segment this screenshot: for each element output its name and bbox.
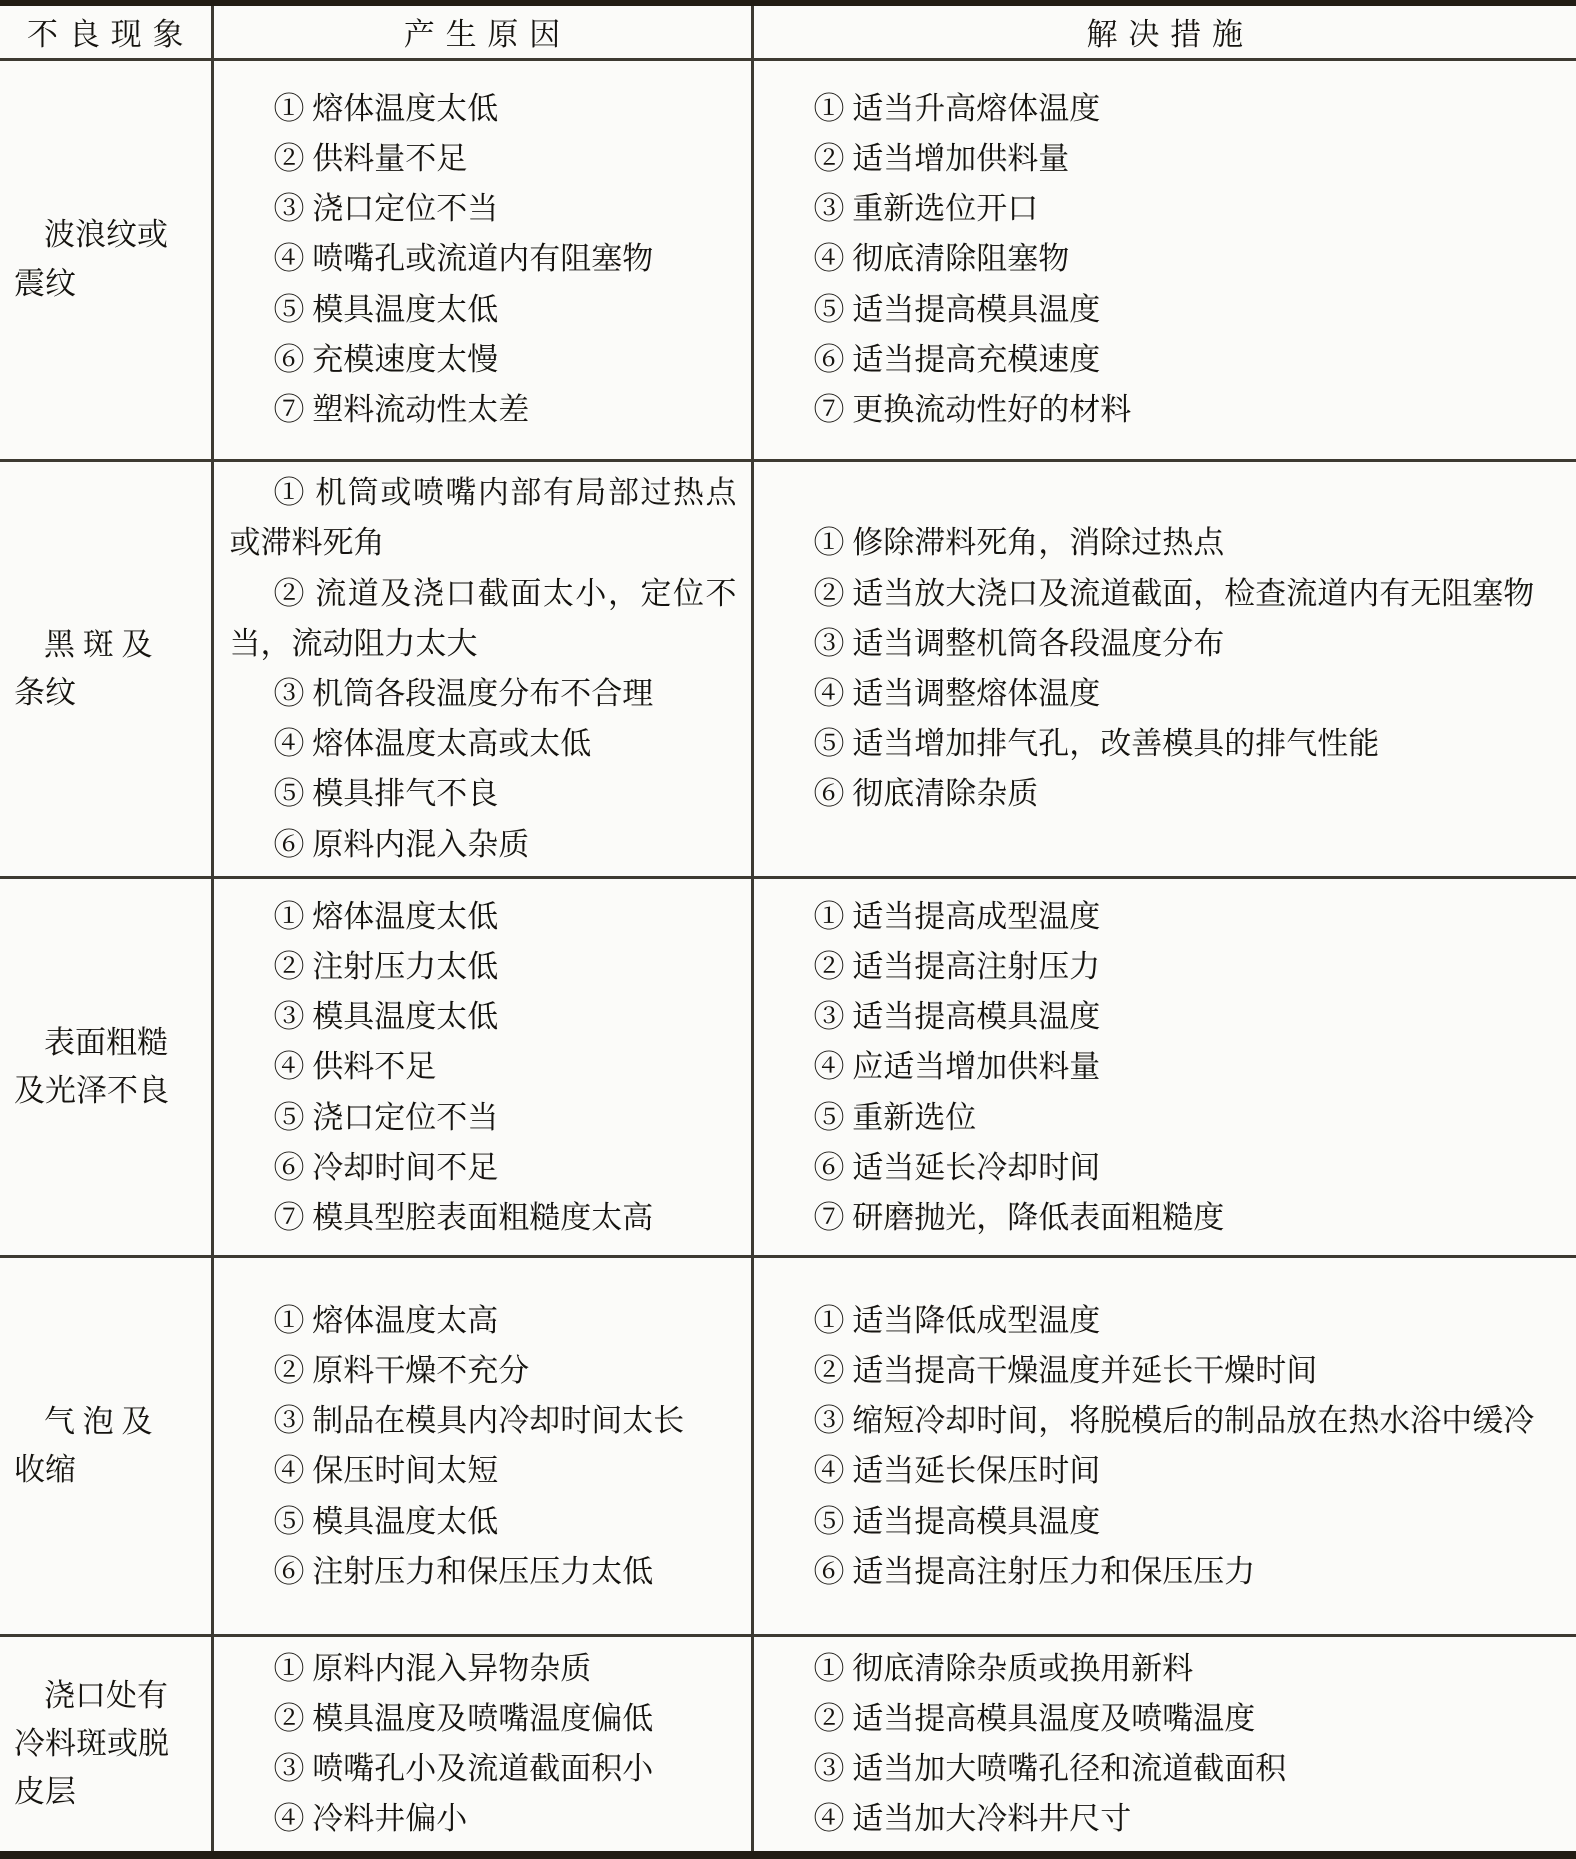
solution-item: ② 适当提高干燥温度并延长干燥时间 (770, 1346, 1563, 1396)
solution-item: ③ 缩短冷却时间，将脱模后的制品放在热水浴中缓冷 (770, 1396, 1563, 1446)
solution-item: ⑦ 研磨抛光，降低表面粗糙度 (770, 1193, 1563, 1243)
cause-item: ⑦ 塑料流动性太差 (230, 385, 737, 435)
cause-item: ③ 模具温度太低 (230, 992, 737, 1042)
solution-item: ⑤ 重新选位 (770, 1093, 1563, 1143)
solution-item: ① 修除滞料死角，消除过热点 (770, 518, 1563, 568)
causes-cell: ① 熔体温度太低② 注射压力太低③ 模具温度太低④ 供料不足⑤ 浇口定位不当⑥ … (212, 878, 752, 1257)
table-header-row: 不良现象 产生原因 解决措施 (0, 3, 1576, 59)
phenomenon-cell: 表面粗糙 及光泽不良 (0, 878, 212, 1257)
solutions-cell: ① 彻底清除杂质或换用新料② 适当提高模具温度及喷嘴温度③ 适当加大喷嘴孔径和流… (752, 1636, 1576, 1855)
cause-item: ② 注射压力太低 (230, 942, 737, 992)
table-body: 波浪纹或 震纹 ① 熔体温度太低② 供料量不足③ 浇口定位不当④ 喷嘴孔或流道内… (0, 59, 1576, 1855)
solution-item: ① 适当提高成型温度 (770, 892, 1563, 942)
cause-item: ⑥ 冷却时间不足 (230, 1143, 737, 1193)
phenomenon-label: 浇口处有 冷料斑或脱 皮层 (14, 1672, 201, 1816)
phenomenon-label: 波浪纹或 震纹 (14, 211, 201, 307)
solution-item: ④ 适当加大冷料井尺寸 (770, 1794, 1563, 1844)
cause-item: ⑥ 注射压力和保压压力太低 (230, 1547, 737, 1597)
cause-item: ② 流道及浇口截面太小，定位不当，流动阻力太大 (230, 569, 737, 669)
solution-item: ④ 彻底清除阻塞物 (770, 234, 1563, 284)
cause-item: ② 原料干燥不充分 (230, 1346, 737, 1396)
table-row: 气 泡 及 收缩 ① 熔体温度太高② 原料干燥不充分③ 制品在模具内冷却时间太长… (0, 1257, 1576, 1636)
cause-item: ⑤ 浇口定位不当 (230, 1093, 737, 1143)
cause-item: ⑤ 模具排气不良 (230, 769, 737, 819)
phenomenon-label: 气 泡 及 收缩 (14, 1398, 201, 1494)
solution-item: ② 适当增加供料量 (770, 134, 1563, 184)
cause-item: ② 供料量不足 (230, 134, 737, 184)
defects-table: 不良现象 产生原因 解决措施 波浪纹或 震纹 ① 熔体温度太低② 供料量不足③ … (0, 0, 1576, 1859)
solution-item: ⑥ 适当延长冷却时间 (770, 1143, 1563, 1193)
solutions-cell: ① 适当提高成型温度② 适当提高注射压力③ 适当提高模具温度④ 应适当增加供料量… (752, 878, 1576, 1257)
solution-item: ④ 应适当增加供料量 (770, 1042, 1563, 1092)
cause-item: ① 熔体温度太低 (230, 84, 737, 134)
solution-item: ⑤ 适当提高模具温度 (770, 1497, 1563, 1547)
solution-item: ③ 重新选位开口 (770, 184, 1563, 234)
defect-troubleshooting-page: 不良现象 产生原因 解决措施 波浪纹或 震纹 ① 熔体温度太低② 供料量不足③ … (0, 0, 1576, 1859)
solution-item: ⑥ 适当提高注射压力和保压压力 (770, 1547, 1563, 1597)
cause-item: ④ 熔体温度太高或太低 (230, 719, 737, 769)
phenomenon-label: 表面粗糙 及光泽不良 (14, 1019, 201, 1115)
solution-item: ④ 适当调整熔体温度 (770, 669, 1563, 719)
phenomenon-cell: 波浪纹或 震纹 (0, 59, 212, 460)
phenomenon-cell: 气 泡 及 收缩 (0, 1257, 212, 1636)
causes-cell: ① 机筒或喷嘴内部有局部过热点或滞料死角② 流道及浇口截面太小，定位不当，流动阻… (212, 460, 752, 878)
solutions-cell: ① 适当降低成型温度② 适当提高干燥温度并延长干燥时间③ 缩短冷却时间，将脱模后… (752, 1257, 1576, 1636)
solution-item: ① 彻底清除杂质或换用新料 (770, 1644, 1563, 1694)
solution-item: ⑥ 适当提高充模速度 (770, 335, 1563, 385)
solution-item: ② 适当放大浇口及流道截面，检查流道内有无阻塞物 (770, 569, 1563, 619)
table-row: 浇口处有 冷料斑或脱 皮层 ① 原料内混入异物杂质② 模具温度及喷嘴温度偏低③ … (0, 1636, 1576, 1855)
cause-item: ④ 供料不足 (230, 1042, 737, 1092)
solution-item: ② 适当提高模具温度及喷嘴温度 (770, 1694, 1563, 1744)
cause-item: ③ 喷嘴孔小及流道截面积小 (230, 1744, 737, 1794)
phenomenon-cell: 浇口处有 冷料斑或脱 皮层 (0, 1636, 212, 1855)
causes-cell: ① 熔体温度太低② 供料量不足③ 浇口定位不当④ 喷嘴孔或流道内有阻塞物⑤ 模具… (212, 59, 752, 460)
solution-item: ⑤ 适当提高模具温度 (770, 285, 1563, 335)
solution-item: ⑤ 适当增加排气孔，改善模具的排气性能 (770, 719, 1563, 769)
col-header-solution: 解决措施 (752, 3, 1576, 59)
table-row: 表面粗糙 及光泽不良 ① 熔体温度太低② 注射压力太低③ 模具温度太低④ 供料不… (0, 878, 1576, 1257)
solution-item: ④ 适当延长保压时间 (770, 1446, 1563, 1496)
solutions-cell: ① 适当升高熔体温度② 适当增加供料量③ 重新选位开口④ 彻底清除阻塞物⑤ 适当… (752, 59, 1576, 460)
causes-cell: ① 熔体温度太高② 原料干燥不充分③ 制品在模具内冷却时间太长④ 保压时间太短⑤… (212, 1257, 752, 1636)
cause-item: ⑥ 原料内混入杂质 (230, 820, 737, 870)
cause-item: ② 模具温度及喷嘴温度偏低 (230, 1694, 737, 1744)
cause-item: ① 原料内混入异物杂质 (230, 1644, 737, 1694)
solution-item: ① 适当降低成型温度 (770, 1296, 1563, 1346)
cause-item: ① 机筒或喷嘴内部有局部过热点或滞料死角 (230, 468, 737, 568)
phenomenon-cell: 黑 斑 及 条纹 (0, 460, 212, 878)
cause-item: ⑥ 充模速度太慢 (230, 335, 737, 385)
cause-item: ⑤ 模具温度太低 (230, 285, 737, 335)
solution-item: ② 适当提高注射压力 (770, 942, 1563, 992)
cause-item: ① 熔体温度太低 (230, 892, 737, 942)
solution-item: ⑥ 彻底清除杂质 (770, 769, 1563, 819)
solution-item: ③ 适当调整机筒各段温度分布 (770, 619, 1563, 669)
solution-item: ③ 适当提高模具温度 (770, 992, 1563, 1042)
cause-item: ⑤ 模具温度太低 (230, 1497, 737, 1547)
causes-cell: ① 原料内混入异物杂质② 模具温度及喷嘴温度偏低③ 喷嘴孔小及流道截面积小④ 冷… (212, 1636, 752, 1855)
cause-item: ④ 保压时间太短 (230, 1446, 737, 1496)
col-header-cause: 产生原因 (212, 3, 752, 59)
cause-item: ③ 制品在模具内冷却时间太长 (230, 1396, 737, 1446)
table-row: 黑 斑 及 条纹 ① 机筒或喷嘴内部有局部过热点或滞料死角② 流道及浇口截面太小… (0, 460, 1576, 878)
col-header-phenomenon: 不良现象 (0, 3, 212, 59)
cause-item: ⑦ 模具型腔表面粗糙度太高 (230, 1193, 737, 1243)
cause-item: ③ 浇口定位不当 (230, 184, 737, 234)
table-row: 波浪纹或 震纹 ① 熔体温度太低② 供料量不足③ 浇口定位不当④ 喷嘴孔或流道内… (0, 59, 1576, 460)
cause-item: ③ 机筒各段温度分布不合理 (230, 669, 737, 719)
solution-item: ⑦ 更换流动性好的材料 (770, 385, 1563, 435)
solutions-cell: ① 修除滞料死角，消除过热点② 适当放大浇口及流道截面，检查流道内有无阻塞物③ … (752, 460, 1576, 878)
phenomenon-label: 黑 斑 及 条纹 (14, 621, 201, 717)
cause-item: ④ 喷嘴孔或流道内有阻塞物 (230, 234, 737, 284)
solution-item: ③ 适当加大喷嘴孔径和流道截面积 (770, 1744, 1563, 1794)
cause-item: ① 熔体温度太高 (230, 1296, 737, 1346)
solution-item: ① 适当升高熔体温度 (770, 84, 1563, 134)
cause-item: ④ 冷料井偏小 (230, 1794, 737, 1844)
